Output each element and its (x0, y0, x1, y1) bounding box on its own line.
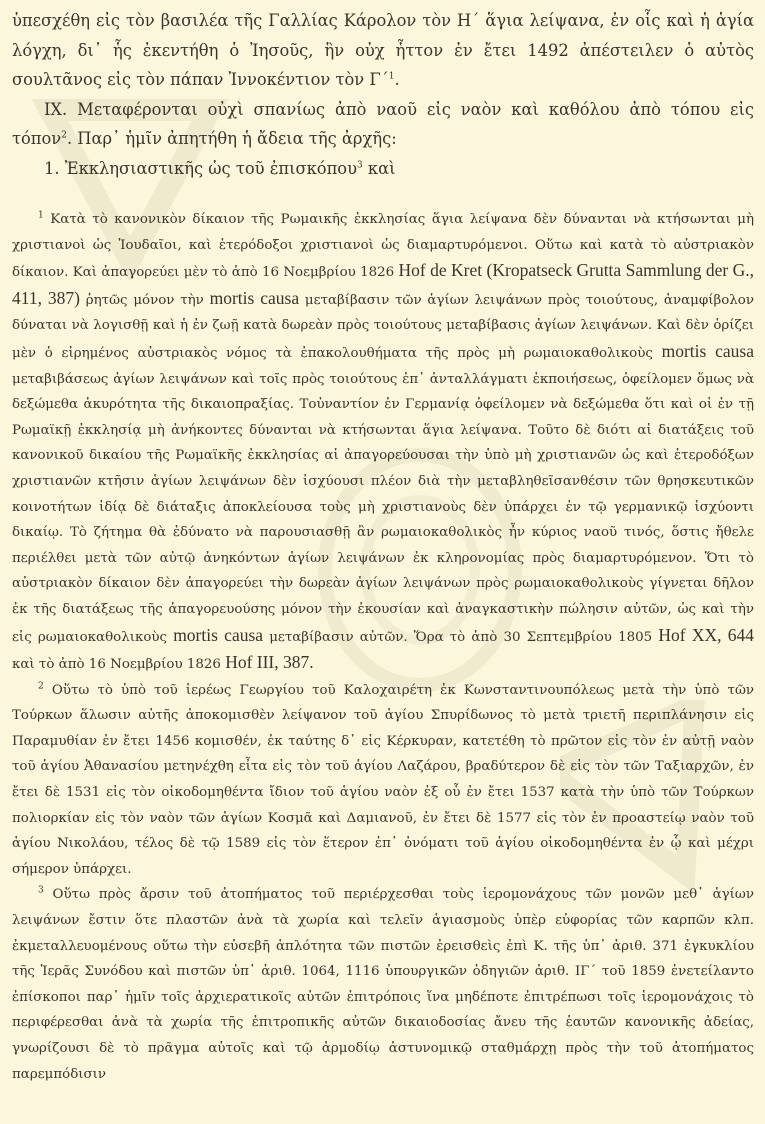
footnote-separator (12, 187, 754, 201)
paragraph-continued: ὑπεσχέθη εἰς τὸν βασιλέα τῆς Γαλλίας Κάρ… (12, 0, 754, 95)
section-ix: IX. Μεταφέρονται οὐχὶ σπανίως ἀπὸ ναοῦ ε… (12, 95, 754, 154)
footnotes: 1 Κατὰ τὸ κανονικὸν δίκαιον τῆς Ρωμαικῆς… (12, 207, 754, 1087)
document-page: ὑπεσχέθη εἰς τὸν βασιλέα τῆς Γαλλίας Κάρ… (12, 0, 754, 1087)
footnote-1: 1 Κατὰ τὸ κανονικὸν δίκαιον τῆς Ρωμαικῆς… (12, 207, 754, 678)
footnote-3: 3 Οὕτω πρὸς ἄρσιν τοῦ ἀτοπήματος τοῦ περ… (12, 882, 754, 1087)
footnote-2: 2 Οὕτω τὸ ὑπὸ τοῦ ἱερέως Γεωργίου τοῦ Κα… (12, 678, 754, 883)
main-text: ὑπεσχέθη εἰς τὸν βασιλέα τῆς Γαλλίας Κάρ… (12, 0, 754, 183)
list-item-1: 1. Ἐκκλησιαστικῆς ὡς τοῦ ἐπισκόπου3 καὶ (12, 154, 754, 184)
